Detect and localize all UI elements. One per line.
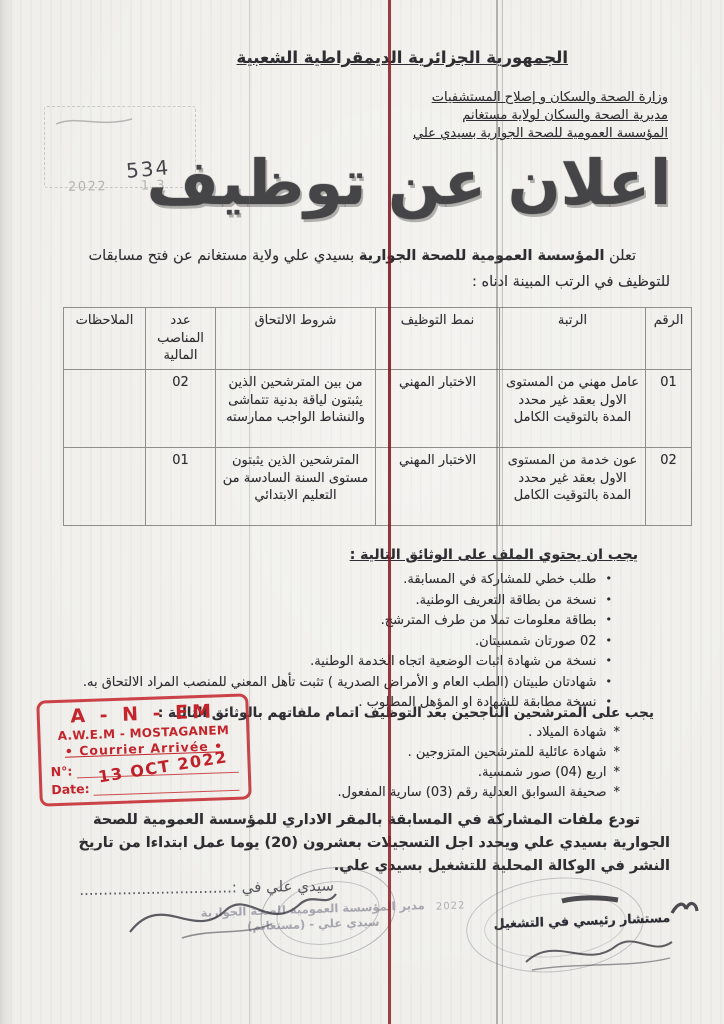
table-row: 01 عامل مهني من المستوى الاول بعقد غير م… (64, 370, 692, 448)
republic-header-line: الجمهورية الجزائرية الديمقراطية الشعبية (237, 48, 568, 67)
anem-arrival-stamp: A - N - EM A.W.E.M - MOSTAGANEM • Courri… (36, 693, 252, 806)
required-file-heading: يجب ان يحتوي الملف على الوثائق التالية : (350, 547, 638, 563)
header-mode: نمط التوظيف (376, 308, 500, 370)
header-positions: عدد المناصب المالية (146, 308, 216, 370)
list-item: 02 صورتان شمسيتان. (60, 631, 612, 652)
cell-notes (64, 370, 146, 448)
header-num: الرقم (646, 308, 692, 370)
cell-positions: 01 (146, 448, 216, 526)
header-rank: الرتبة (500, 308, 646, 370)
list-item: اربع (04) صور شمسية. (338, 763, 620, 783)
list-item: صحيفة السوابق العدلية رقم (03) سارية الم… (338, 783, 620, 803)
advisor-title-line: مستشار رئيسي في التشغيل (472, 909, 692, 932)
required-file-list: طلب خطي للمشاركة في المسابقة. نسخة من بط… (60, 569, 612, 713)
table-row: 02 عون خدمة من المستوى الاول بعقد غير مح… (64, 448, 692, 526)
table-header-row: الرقم الرتبة نمط التوظيف شروط الالتحاق ع… (64, 308, 692, 370)
cell-positions: 02 (146, 370, 216, 448)
advisor-signature-scribble (520, 928, 680, 974)
cell-rank: عون خدمة من المستوى الاول بعقد غير محدد … (500, 448, 646, 526)
closing-paragraph: تودع ملفات المشاركة في المسابقة بالمقر ا… (50, 809, 670, 878)
list-item: شهادة عائلية للمترشحين المتزوجين . (338, 743, 620, 763)
list-item: نسخة من شهادة اثبات الوضعية اتجاه الخدمة… (60, 651, 612, 672)
list-item: شهادتان طبيتان (الطب العام و الأمراض الص… (60, 672, 612, 693)
scanned-job-announcement-page: الجمهورية الجزائرية الديمقراطية الشعبية … (0, 0, 724, 1024)
directorate-line: مديرية الصحة والسكان لولاية مستغانم (462, 108, 668, 123)
list-item: شهادة الميلاد . (338, 723, 620, 743)
cell-num: 02 (646, 448, 692, 526)
intro-lead: تعلن (609, 248, 636, 264)
post-recruitment-list: شهادة الميلاد . شهادة عائلية للمترشحين ا… (338, 723, 620, 803)
cell-conditions: من بين المترشحين الذين يثبتون لياقة بدني… (216, 370, 376, 448)
cell-conditions: المترشحين الذين يثبتون مستوى السنة الساد… (216, 448, 376, 526)
header-conditions: شروط الالتحاق (216, 308, 376, 370)
header-notes: الملاحظات (64, 308, 146, 370)
recruitment-table: الرقم الرتبة نمط التوظيف شروط الالتحاق ع… (63, 307, 692, 526)
signature-dash-stroke (560, 893, 622, 907)
place-date-handwritten-line: سيدي علي في :...........................… (58, 877, 334, 900)
director-faint-title: مدير المؤسسة العمومية للصحة الجوارية سيد… (174, 897, 453, 937)
ministry-line: وزارة الصحة والسكان و إصلاح المستشفيات (432, 90, 668, 105)
announcement-title: اعلان عن توظيف (140, 146, 678, 219)
institution-line: المؤسسة العمومية للصحة الجوارية بسيدي عل… (413, 126, 668, 141)
cell-mode: الاختبار المهني (376, 370, 500, 448)
cell-notes (64, 448, 146, 526)
cell-num: 01 (646, 370, 692, 448)
intro-institution-bold: المؤسسة العمومية للصحة الجوارية (359, 248, 605, 264)
list-item: طلب خطي للمشاركة في المسابقة. (60, 569, 612, 590)
faint-year-mark: 2022 (436, 900, 466, 913)
list-item: بطاقة معلومات تملا من طرف المترشح. (60, 610, 612, 631)
anem-date-label: Date: (51, 781, 90, 797)
cell-mode: الاختبار المهني (376, 448, 500, 526)
intro-paragraph: تعلن المؤسسة العمومية للصحة الجوارية بسي… (52, 243, 670, 295)
anem-number-label: N°: (50, 764, 72, 780)
list-item: نسخة من بطاقة التعريف الوطنية. (60, 590, 612, 611)
cell-rank: عامل مهني من المستوى الاول بعقد غير محدد… (500, 370, 646, 448)
